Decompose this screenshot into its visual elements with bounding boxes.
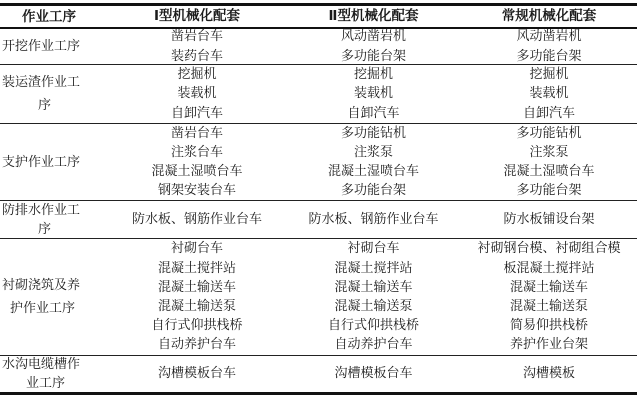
conventional-cell: 风动凿岩机 多功能台架: [461, 29, 637, 64]
type2-cell: 风动凿岩机 多功能台架: [286, 29, 461, 64]
conventional-cell: 多功能钻机 注浆泵 混凝土湿喷台车 多功能台架: [461, 124, 637, 200]
header-type2: Ⅱ型机械化配套: [286, 6, 461, 28]
type1-cell: 凿岩台车 装药台车: [108, 29, 286, 64]
process-cell: 支护作业工序: [0, 124, 110, 200]
type2-cell: 沟槽模板台车: [286, 356, 461, 392]
type1-cell: 沟槽模板台车: [108, 356, 286, 392]
type2-cell: 防水板、钢筋作业台车: [286, 201, 461, 238]
table-row: 衬砌浇筑及养 护作业工序 衬砌台车 混凝土搅拌站 混凝土输送车 混凝土输送泵 自…: [0, 239, 637, 355]
process-cell: 装运渣作业工 序: [0, 65, 110, 123]
process-cell: 开挖作业工序: [0, 29, 110, 64]
type2-cell: 挖掘机 装载机 自卸汽车: [286, 65, 461, 123]
table-row: 防排水作业工 序 防水板、钢筋作业台车 防水板、钢筋作业台车 防水板铺设台架: [0, 201, 637, 238]
type1-cell: 凿岩台车 注浆台车 混凝土湿喷台车 钢架安装台车: [108, 124, 286, 200]
type1-cell: 防水板、钢筋作业台车: [108, 201, 286, 238]
type2-cell: 多功能钻机 注浆泵 混凝土湿喷台车 多功能台架: [286, 124, 461, 200]
conventional-cell: 衬砌钢台模、衬砌组合模 板混凝土搅拌站 混凝土输送车 混凝土输送泵 简易仰拱栈桥…: [461, 239, 637, 355]
table-row: 装运渣作业工 序 挖掘机 装载机 自卸汽车 挖掘机 装载机 自卸汽车 挖掘机 装…: [0, 65, 637, 123]
table-row: 开挖作业工序 凿岩台车 装药台车 风动凿岩机 多功能台架 风动凿岩机 多功能台架: [0, 29, 637, 64]
process-cell: 防排水作业工 序: [0, 201, 110, 238]
table-row: 支护作业工序 凿岩台车 注浆台车 混凝土湿喷台车 钢架安装台车 多功能钻机 注浆…: [0, 124, 637, 200]
conventional-cell: 沟槽模板: [461, 356, 637, 392]
header-row: 作业工序 Ⅰ型机械化配套 Ⅱ型机械化配套 常规机械化配套: [0, 6, 637, 28]
process-cell: 水沟电缆槽作 业工序: [0, 356, 110, 392]
header-conventional: 常规机械化配套: [461, 6, 637, 28]
conventional-cell: 防水板铺设台架: [461, 201, 637, 238]
process-cell: 衬砌浇筑及养 护作业工序: [0, 239, 110, 355]
type1-cell: 挖掘机 装载机 自卸汽车: [108, 65, 286, 123]
table-row: 水沟电缆槽作 业工序 沟槽模板台车 沟槽模板台车 沟槽模板: [0, 356, 637, 392]
type1-cell: 衬砌台车 混凝土搅拌站 混凝土输送车 混凝土输送泵 自行式仰拱栈桥 自动养护台车: [108, 239, 286, 355]
type2-cell: 衬砌台车 混凝土搅拌站 混凝土输送车 混凝土输送泵 自行式仰拱栈桥 自动养护台车: [286, 239, 461, 355]
conventional-cell: 挖掘机 装载机 自卸汽车: [461, 65, 637, 123]
header-type1: Ⅰ型机械化配套: [108, 6, 286, 28]
